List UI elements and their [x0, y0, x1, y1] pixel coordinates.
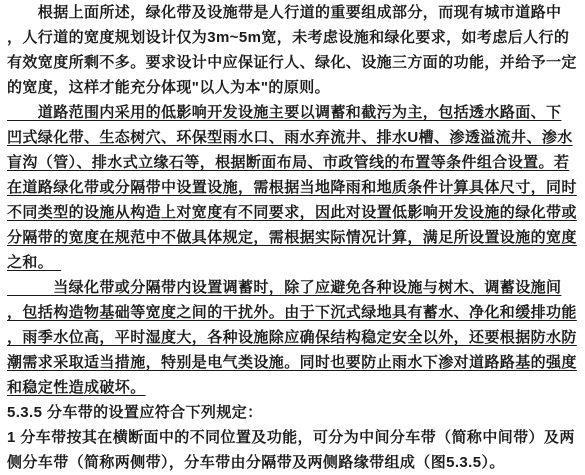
underlined-text-line: 潮需求采取适当措施，特别是电气类设施。同时也要防止雨水下渗对道路路基的强度 [7, 350, 581, 375]
paragraph-storage-cautions: 当绿化带或分隔带内设置调蓄时，除了应避免各种设施与树木、调蓄设施间 ，包括构造物… [7, 275, 581, 400]
underlined-text-line: 当绿化带或分隔带内设置调蓄时，除了应避免各种设施与树木、调蓄设施间 [7, 275, 581, 300]
clause-5-3-5-heading: 5.3.5 分车带的设置应符合下列规定： [7, 400, 581, 425]
text-line: 有效宽度所剩不多。要求设计中应保证行人、绿化、设施三方面的功能，并给予一定 [7, 50, 581, 75]
underlined-text-line: 凹式绿化带、生态树穴、环保型雨水口、雨水弃流井、排水U槽、渗透溢流井、渗水 [7, 125, 581, 150]
text-line: ，人行道的宽度规划设计仅为3m~5m宽，未考虑设施和绿化要求，如考虑后人行的 [7, 25, 581, 50]
text-line: 5.3.5 分车带的设置应符合下列规定： [7, 400, 581, 425]
underlined-text-line: 分隔带的宽度在规范中不做具体规定，需根据实际情况计算，满足所设置设施的宽度 [7, 225, 581, 250]
text-line: 侧分车带（简称两侧带），分车带由分隔带及两侧路缘带组成（图5.3.5）。 [7, 450, 581, 475]
underlined-text-line: 道路范围内采用的低影响开发设施主要以调蓄和截污为主，包括透水路面、下 [7, 100, 581, 125]
paragraph-lid-facilities: 道路范围内采用的低影响开发设施主要以调蓄和截污为主，包括透水路面、下 凹式绿化带… [7, 100, 581, 275]
document-page: 根据上面所述，绿化带及设施带是人行道的重要组成部分，而现有城市道路中 ，人行道的… [0, 0, 585, 475]
underlined-text-line: 之和。 [7, 250, 581, 275]
underlined-text-line: 盲沟（管）、排水式立缘石等，根据断面布局、市政管线的布置等条件组合设置。若 [7, 150, 581, 175]
clause-5-3-5-item-1: 1 分车带按其在横断面中的不同位置及功能，可分为中间分车带（简称中间带）及两 侧… [7, 425, 581, 475]
underlined-text-line: 不同类型的设施从构造上对宽度有不同要求，因此对设置低影响开发设施的绿化带或 [7, 200, 581, 225]
text-line: 1 分车带按其在横断面中的不同位置及功能，可分为中间分车带（简称中间带）及两 [7, 425, 581, 450]
text-line: 根据上面所述，绿化带及设施带是人行道的重要组成部分，而现有城市道路中 [7, 0, 581, 25]
underlined-text-line: 和稳定性造成破坏。 [7, 375, 581, 400]
text-line: 的宽度，这样才能充分体现"以人为本"的原则。 [7, 75, 581, 100]
paragraph-intro: 根据上面所述，绿化带及设施带是人行道的重要组成部分，而现有城市道路中 ，人行道的… [7, 0, 581, 100]
underlined-text-line: ，雨季水位高，平时湿度大，各种设施除应确保结构稳定安全以外，还要根据防水防 [7, 325, 581, 350]
underlined-text-line: ，包括构造物基础等宽度之间的干扰外。由于下沉式绿地具有蓄水、净化和缓排功能 [7, 300, 581, 325]
underlined-text-line: 在道路绿化带或分隔带中设置设施，需根据当地降雨和地质条件计算具体尺寸，同时 [7, 175, 581, 200]
